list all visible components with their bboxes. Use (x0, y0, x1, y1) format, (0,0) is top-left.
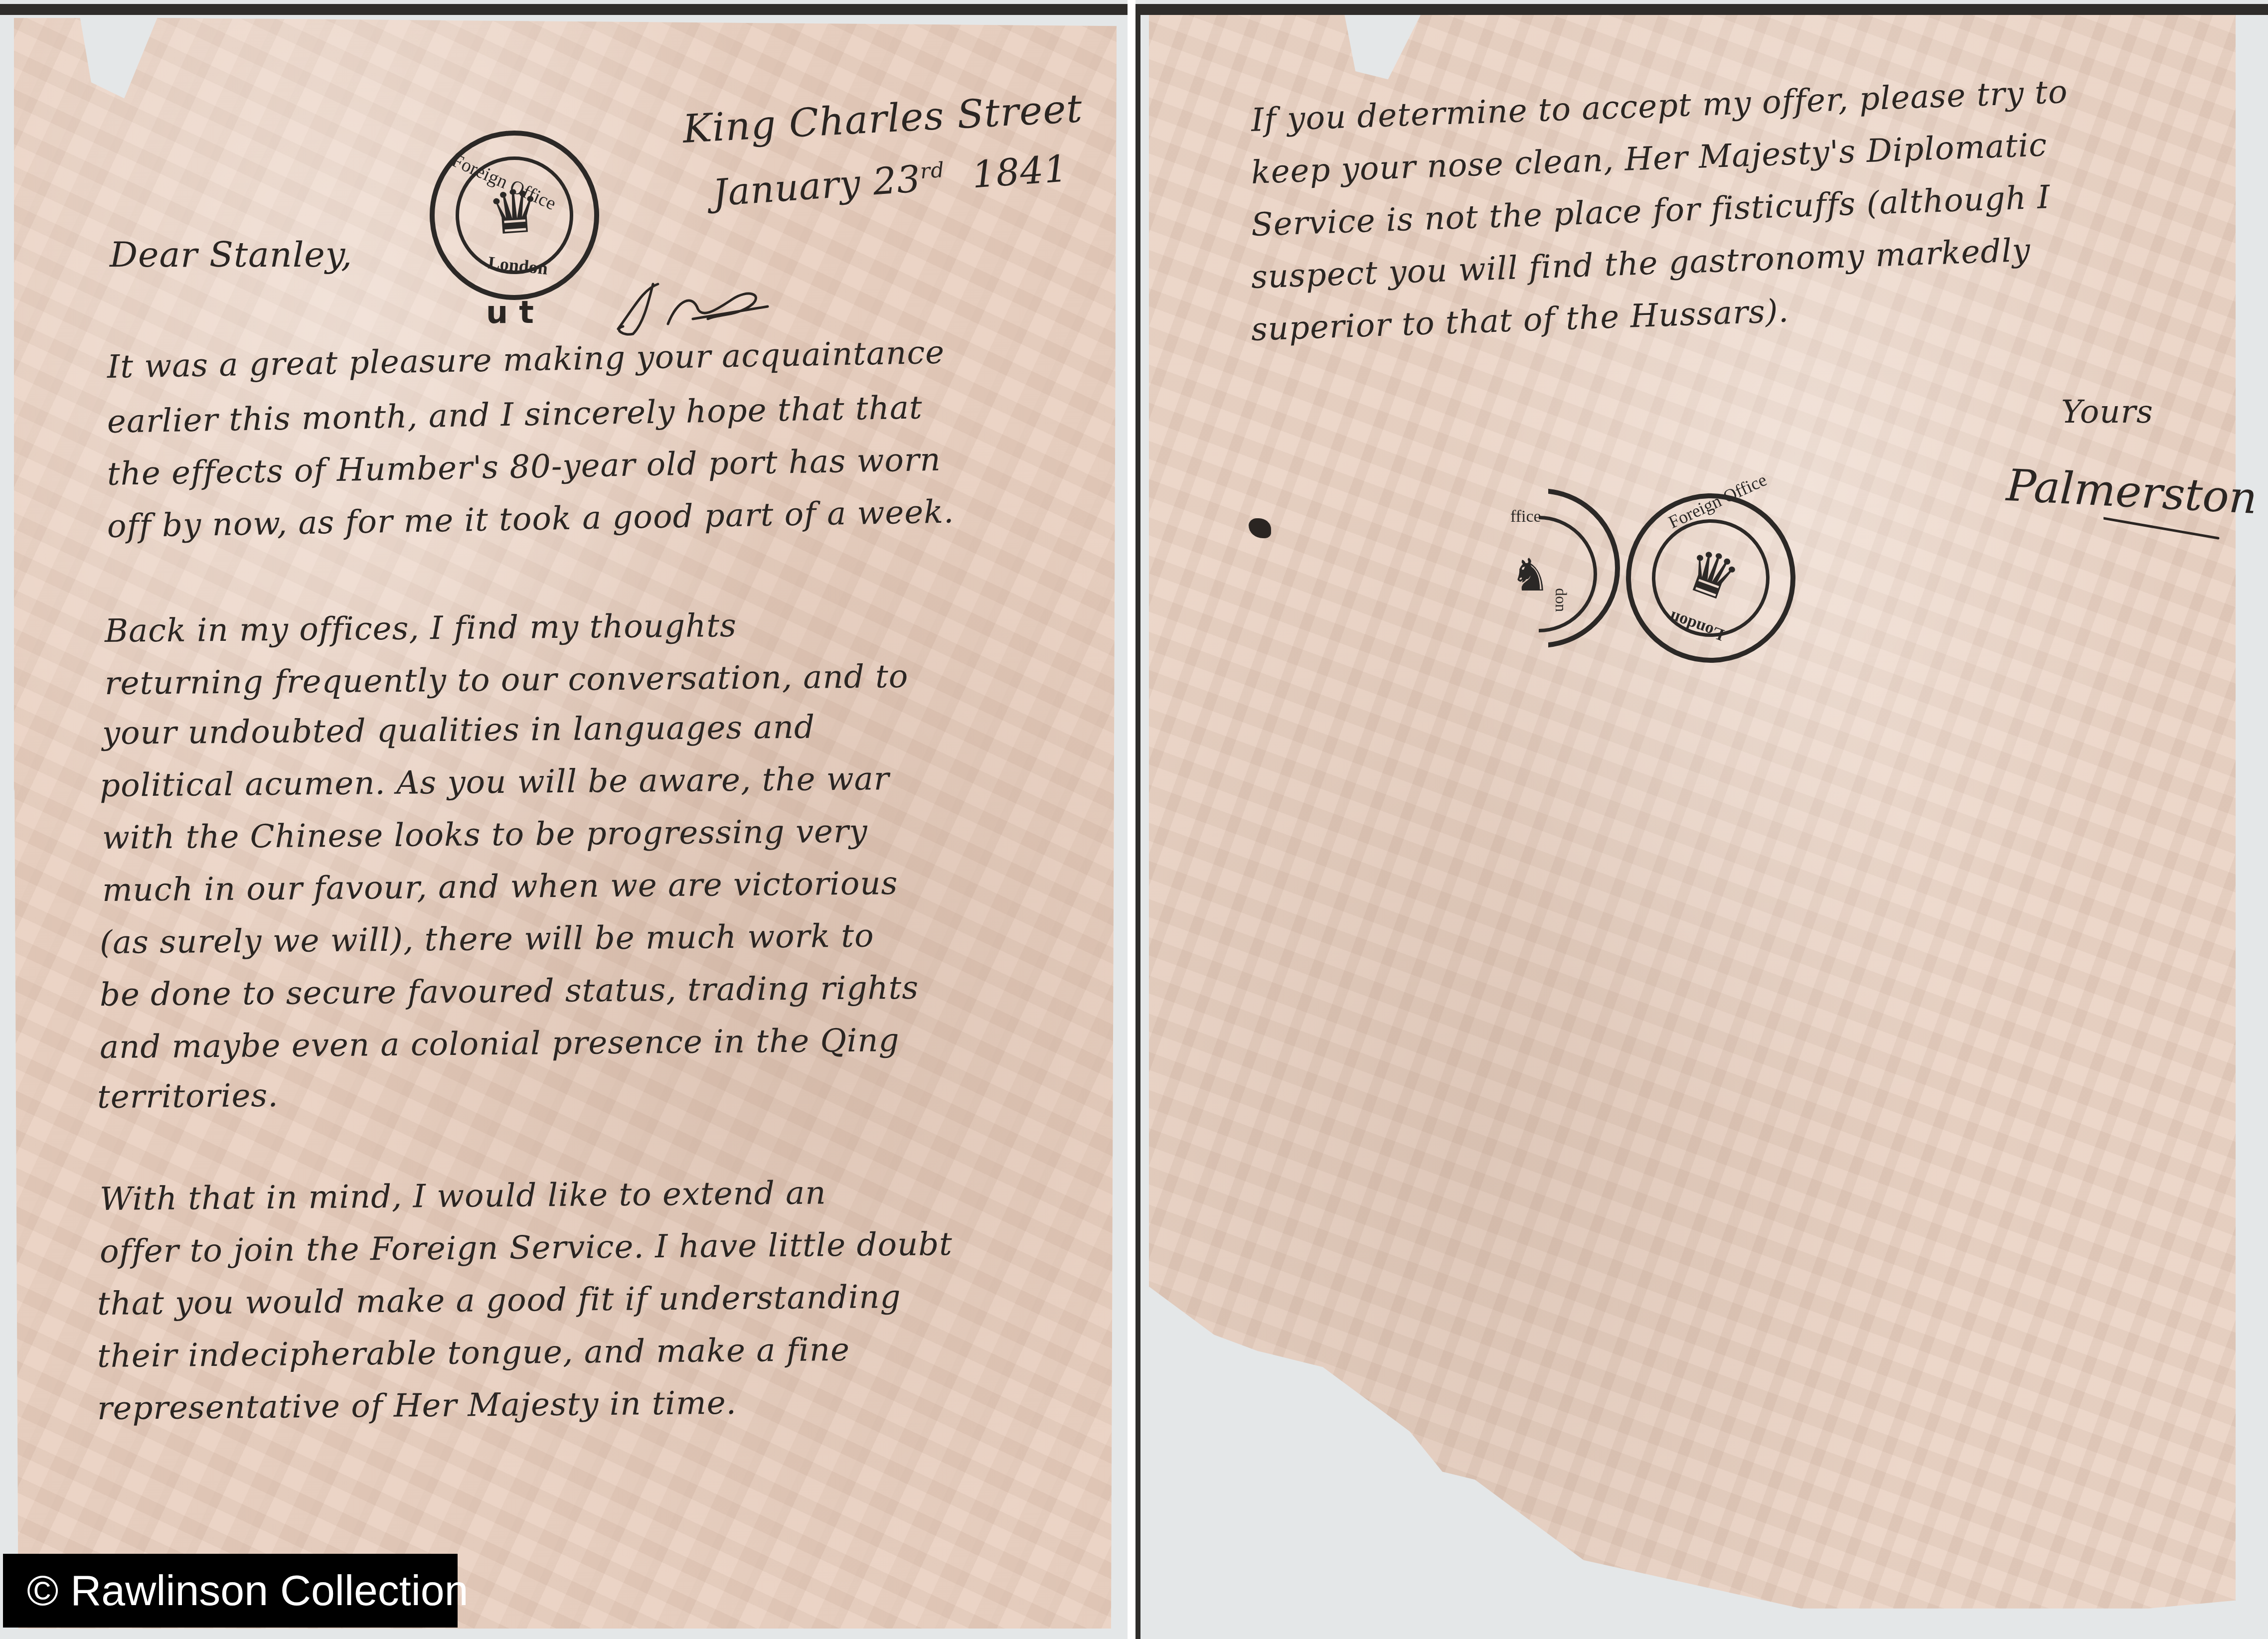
scan-border (1135, 4, 1140, 1639)
copyright-watermark: © Rawlinson Collection (3, 1554, 458, 1628)
paragraph-3-line-2: offer to join the Foreign Service. I hav… (100, 1226, 953, 1270)
paragraph-2-line-3: your undoubted qualities in languages an… (102, 709, 815, 752)
stamp-fragment: ut (486, 294, 545, 330)
signature-underline-icon (2104, 513, 2223, 543)
royal-crest-icon: ♛ (472, 173, 557, 253)
paragraph-3-line-5: representative of Her Majesty in time. (97, 1385, 737, 1427)
paragraph-3-line-1: With that in mind, I would like to exten… (100, 1175, 826, 1218)
paragraph-2-line-7: (as surely we will), there will be much … (100, 917, 874, 961)
salutation: Dear Stanley, (110, 234, 352, 275)
paragraph-3-line-3: that you would make a good fit if unders… (97, 1279, 901, 1323)
date-year: 1841 (971, 147, 1069, 196)
royal-crest-partial-icon: ♞ (1505, 543, 1555, 608)
paragraph-3-line-4: their indecipherable tongue, and make a … (97, 1332, 850, 1375)
paragraph-2-line-1: Back in my offices, I find my thoughts (105, 607, 737, 650)
scan-border (0, 4, 1128, 15)
paragraph-2-line-8: be done to secure favoured status, tradi… (100, 970, 919, 1014)
scan-border (1135, 4, 2268, 15)
initials-scribble-icon (603, 279, 793, 339)
paragraph-2-line-6: much in our favour, and when we are vict… (102, 865, 898, 909)
date-suffix: rd (919, 157, 945, 183)
paragraph-2-line-5: with the Chinese looks to be progressing… (102, 813, 868, 857)
paragraph-2-line-2: returning frequently to our conversation… (105, 658, 909, 702)
partial-foreign-office-stamp: ffice ♞ don (1490, 488, 1615, 643)
stamp-bottom-text: don (1552, 588, 1570, 612)
paragraph-2-line-4: political acumen. As you will be aware, … (100, 760, 890, 804)
closing: Yours (2061, 394, 2153, 431)
paragraph-2-line-10: territories. (97, 1077, 279, 1116)
stamp-top-text: ffice (1510, 507, 1541, 526)
paragraph-2-line-9: and maybe even a colonial presence in th… (100, 1022, 900, 1066)
